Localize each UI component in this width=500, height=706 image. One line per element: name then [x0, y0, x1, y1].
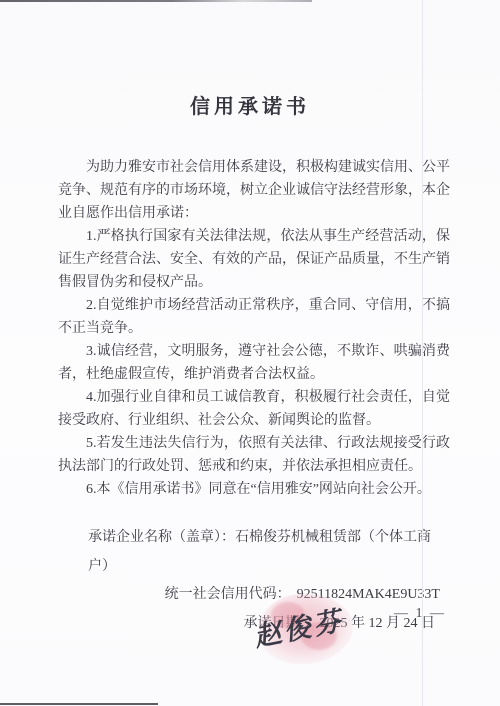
paragraph-item-4: 4.加强行业自律和员工诚信教育，积极履行社会责任，自觉接受政府、行业组织、社会公… [58, 386, 450, 432]
company-name-label: 承诺企业名称（盖章）： [88, 530, 235, 545]
paragraph-item-2: 2.自觉维护市场经营活动正常秩序，重合同、守信用，不搞不正当竞争。 [58, 294, 450, 340]
page-number: — 1 — [394, 606, 446, 622]
credit-code-line: 统一社会信用代码：92511824MAK4E9U33T [58, 581, 450, 610]
paragraph-item-5: 5.若发生违法失信行为，依照有关法律、行政法规接受行政执法部门的行政处罚、惩戒和… [58, 432, 450, 478]
scan-artifact-bottom-edge [0, 703, 158, 705]
scanned-document-page: 信用承诺书 为助力雅安市社会信用体系建设，积极构建诚实信用、公平竞争、规范有序的… [0, 0, 500, 706]
paragraph-intro: 为助力雅安市社会信用体系建设，积极构建诚实信用、公平竞争、规范有序的市场环境，树… [58, 156, 450, 225]
document-body: 为助力雅安市社会信用体系建设，积极构建诚实信用、公平竞争、规范有序的市场环境，树… [58, 156, 450, 501]
company-name-line: 承诺企业名称（盖章）：石棉俊芬机械租赁部（个体工商户） [58, 524, 450, 581]
paragraph-item-1: 1.严格执行国家有关法律法规，依法从事生产经营活动，保证生产经营合法、安全、有效… [58, 225, 450, 294]
scan-artifact-top-edge [0, 0, 312, 2]
scan-artifact-fold-line [422, 0, 423, 706]
paragraph-item-6: 6.本《信用承诺书》同意在“信用雅安”网站向社会公开。 [58, 478, 450, 501]
document-title: 信用承诺书 [0, 0, 500, 119]
credit-code-label: 统一社会信用代码： [165, 587, 291, 602]
paragraph-item-3: 3.诚信经营，文明服务，遵守社会公德，不欺诈、哄骗消费者，杜绝虚假宣传，维护消费… [58, 340, 450, 386]
